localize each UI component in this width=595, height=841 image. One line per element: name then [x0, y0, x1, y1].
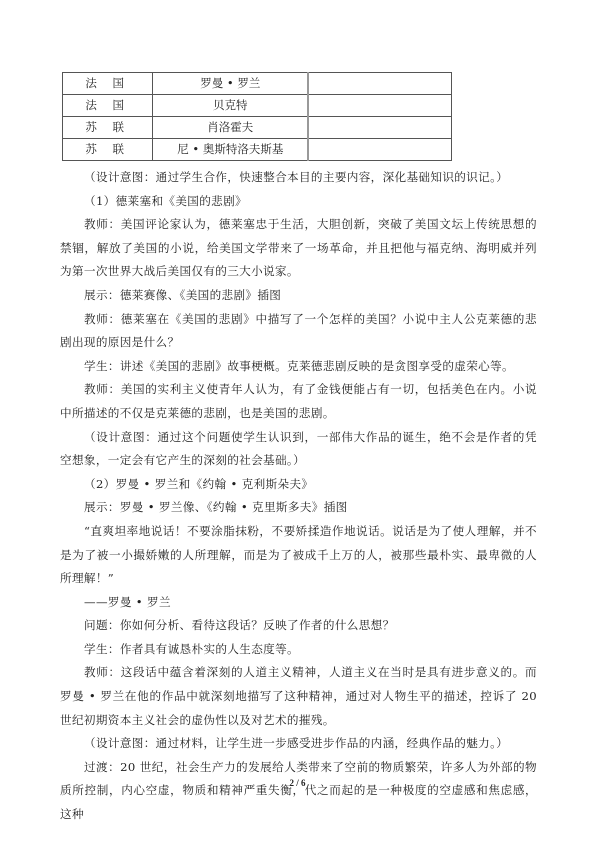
- teacher-paragraph: 教师：这段话中蕴含着深刻的人道主义精神，人道主义在当时是具有进步意义的。而罗曼 …: [60, 661, 537, 732]
- section-heading-rolland: （2）罗曼 • 罗兰和《约翰 • 克利斯朵夫》: [60, 473, 537, 497]
- table-row: 法 国 罗曼 • 罗兰: [63, 73, 452, 95]
- design-intent-note: （设计意图：通过材料，让学生进一步感受进步作品的内涵，经典作品的魅力。）: [60, 732, 537, 756]
- table-row: 法 国 贝克特: [63, 95, 452, 117]
- author-cell: 尼 • 奥斯特洛夫斯基: [153, 139, 308, 161]
- country-cell: 法 国: [63, 73, 153, 95]
- section-heading-dreiser: （1）德莱塞和《美国的悲剧》: [60, 190, 537, 214]
- table-row: 苏 联 肖洛霍夫: [63, 117, 452, 139]
- table-row: 苏 联 尼 • 奥斯特洛夫斯基: [63, 139, 452, 161]
- country-cell: 苏 联: [63, 139, 153, 161]
- question: 问题：你如何分析、看待这段话？反映了作者的什么思想？: [60, 614, 537, 638]
- work-cell: [308, 139, 451, 161]
- transition-paragraph: 过渡：20 世纪，社会生产力的发展给人类带来了空前的物质繁荣，许多人为外部的物质…: [60, 756, 537, 827]
- authors-table: 法 国 罗曼 • 罗兰 法 国 贝克特 苏 联 肖洛霍夫 苏 联 尼 • 奥斯特…: [62, 72, 452, 161]
- design-intent-note: （设计意图：通过这个问题使学生认识到，一部伟大作品的诞生，绝不会是作者的凭空想象…: [60, 426, 537, 473]
- work-cell: [308, 95, 451, 117]
- teacher-question: 教师：德莱塞在《美国的悲剧》中描写了一个怎样的美国？小说中主人公克莱德的悲剧出现…: [60, 308, 537, 355]
- display-note: 展示：德莱赛像、《美国的悲剧》插图: [60, 284, 537, 308]
- author-cell: 肖洛霍夫: [153, 117, 308, 139]
- author-cell: 罗曼 • 罗兰: [153, 73, 308, 95]
- work-cell: [308, 73, 451, 95]
- teacher-paragraph: 教师：美国的实利主义使青年人认为，有了金钱便能占有一切，包括美色在内。小说中所描…: [60, 378, 537, 425]
- quotation: “直爽坦率地说话！不要涂脂抹粉，不要矫揉造作地说话。说话是为了使人理解，并不是为…: [60, 520, 537, 591]
- country-cell: 苏 联: [63, 117, 153, 139]
- display-note: 展示：罗曼 • 罗兰像、《约翰 • 克里斯多夫》插图: [60, 496, 537, 520]
- country-cell: 法 国: [63, 95, 153, 117]
- teacher-paragraph: 教师：美国评论家认为，德莱塞忠于生活，大胆创新，突破了美国文坛上传统思想的禁锢，…: [60, 213, 537, 284]
- design-intent-note: （设计意图：通过学生合作，快速整合本目的主要内容，深化基础知识的识记。）: [60, 166, 537, 190]
- quotation-attribution: ——罗曼 • 罗兰: [60, 591, 537, 615]
- lesson-body: （设计意图：通过学生合作，快速整合本目的主要内容，深化基础知识的识记。） （1）…: [60, 166, 537, 827]
- page-number: 2 / 6: [0, 778, 595, 788]
- document-page: 法 国 罗曼 • 罗兰 法 国 贝克特 苏 联 肖洛霍夫 苏 联 尼 • 奥斯特…: [0, 0, 595, 841]
- author-cell: 贝克特: [153, 95, 308, 117]
- work-cell: [308, 117, 451, 139]
- student-answer: 学生：作者具有诚恳朴实的人生态度等。: [60, 638, 537, 662]
- student-answer: 学生：讲述《美国的悲剧》故事梗概。克莱德悲剧反映的是贪图享受的虚荣心等。: [60, 355, 537, 379]
